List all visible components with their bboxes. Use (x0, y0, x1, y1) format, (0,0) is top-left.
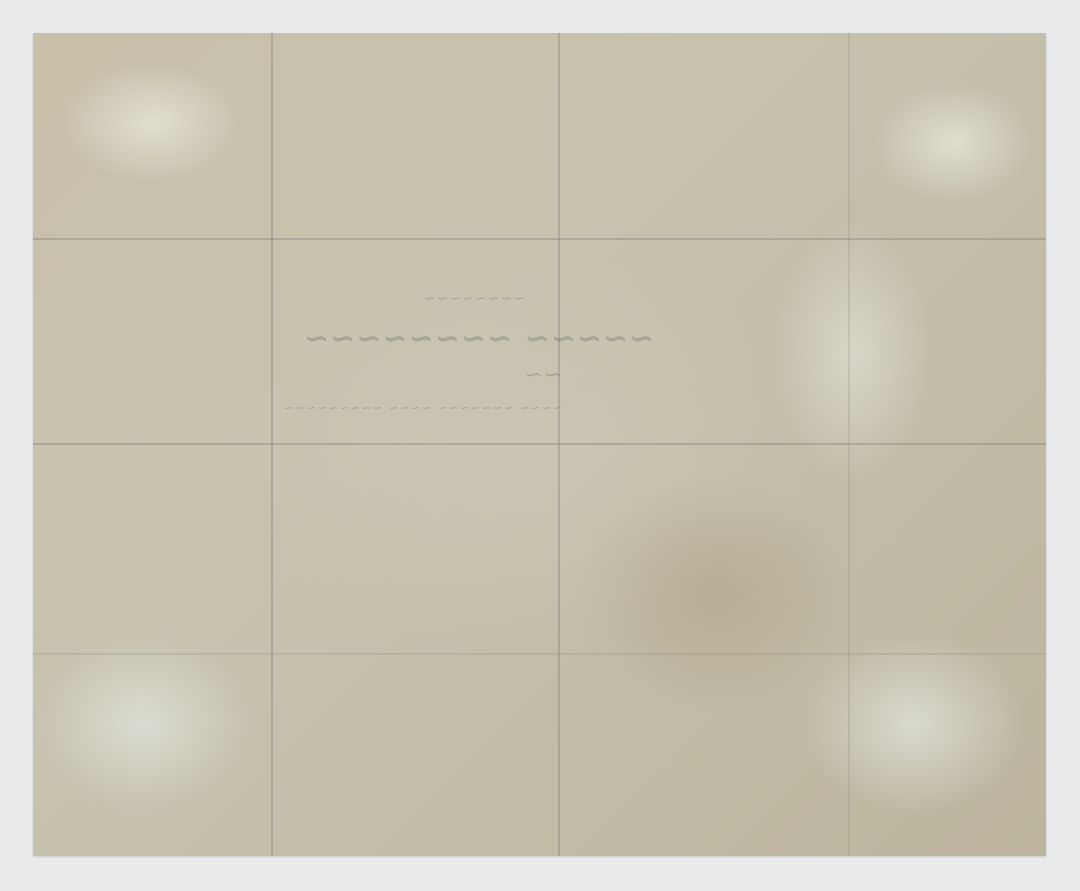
show-through-heading: ~~~~~ ~~~~~~~~ (303, 321, 654, 356)
show-through-text: ~~~~~~~~ (423, 291, 525, 307)
aged-paper-document: ~~~~~~~~ ~~~~~ ~~~~~~~~ ~~ ~~~~ ~~~~~~~ … (33, 33, 1046, 856)
fold-crease-horizontal (33, 238, 1046, 240)
show-through-text: ~~~~ ~~~~~~~ ~~~~ ~~~~~~~~~ (283, 401, 563, 415)
fold-crease-horizontal (33, 653, 1046, 655)
show-through-text: ~~ (523, 363, 562, 388)
fold-crease-horizontal-center (33, 443, 1046, 445)
